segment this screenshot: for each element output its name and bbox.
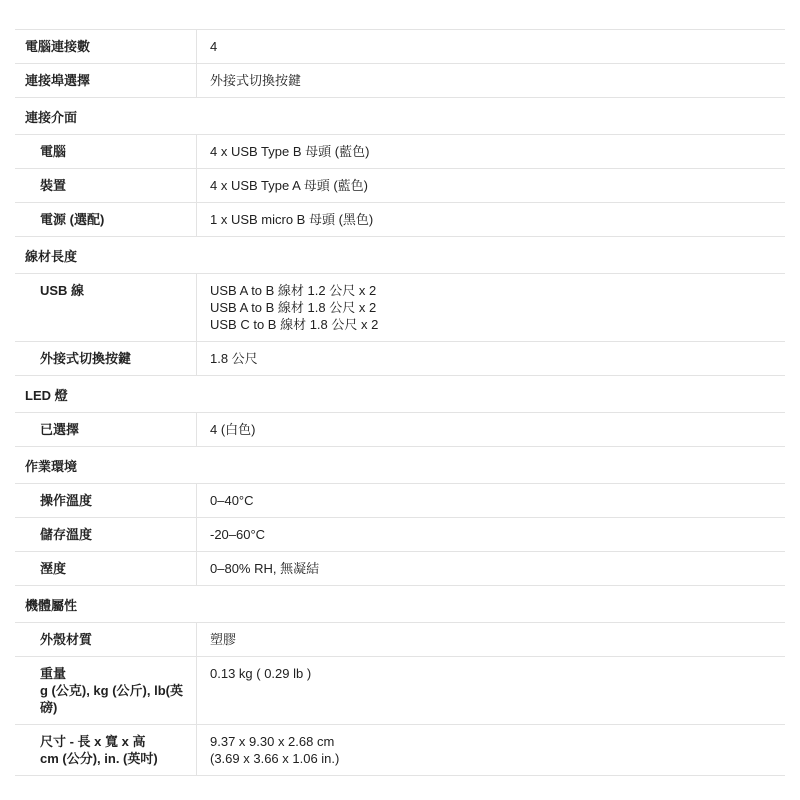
table-row: 外殼材質 塑膠 — [15, 622, 785, 656]
table-row: 裝置 4 x USB Type A 母頭 (藍色) — [15, 168, 785, 202]
spec-label-cell: USB 線 — [15, 274, 196, 341]
spec-label: 外接式切換按鍵 — [40, 350, 188, 367]
spec-label: 儲存溫度 — [40, 526, 188, 543]
table-row: 外接式切換按鍵 1.8 公尺 — [15, 341, 785, 375]
spec-value-cell: 外接式切換按鍵 — [196, 64, 785, 97]
spec-label: 已選擇 — [40, 421, 188, 438]
spec-value: 4 — [210, 38, 775, 55]
spec-value: 4 (白色) — [210, 421, 775, 438]
table-row: 電源 (選配) 1 x USB micro B 母頭 (黑色) — [15, 202, 785, 236]
spec-value: 0–80% RH, 無凝結 — [210, 560, 775, 577]
table-row: USB 線 USB A to B 線材 1.2 公尺 x 2 USB A to … — [15, 273, 785, 341]
spec-value: 1.8 公尺 — [210, 350, 775, 367]
section-header-row: 連接介面 — [15, 97, 785, 134]
spec-value: 外接式切換按鍵 — [210, 72, 775, 89]
spec-value-cell: 4 x USB Type B 母頭 (藍色) — [196, 135, 785, 168]
spec-value-cell: 0–40°C — [196, 484, 785, 517]
spec-label: USB 線 — [40, 282, 188, 299]
spec-label-cell: 電腦連接數 — [15, 30, 196, 63]
spec-value: 4 x USB Type A 母頭 (藍色) — [210, 177, 775, 194]
spec-value: 塑膠 — [210, 631, 775, 648]
spec-value-cell: USB A to B 線材 1.2 公尺 x 2 USB A to B 線材 1… — [196, 274, 785, 341]
section-title: 機體屬性 — [25, 598, 77, 613]
table-row: 儲存溫度 -20–60°C — [15, 517, 785, 551]
spec-value-cell: 9.37 x 9.30 x 2.68 cm (3.69 x 3.66 x 1.0… — [196, 725, 785, 775]
spec-value: 4 x USB Type B 母頭 (藍色) — [210, 143, 775, 160]
spec-label-cell: 儲存溫度 — [15, 518, 196, 551]
table-row: 已選擇 4 (白色) — [15, 412, 785, 446]
spec-value: USB A to B 線材 1.8 公尺 x 2 — [210, 299, 775, 316]
spec-value-cell: 塑膠 — [196, 623, 785, 656]
spec-value-cell: 4 — [196, 30, 785, 63]
spec-label-cell: 連接埠選擇 — [15, 64, 196, 97]
spec-label: 尺寸 - 長 x 寬 x 高 — [40, 733, 188, 750]
spec-label-unit: g (公克), kg (公斤), lb(英磅) — [40, 682, 188, 716]
section-title: 線材長度 — [25, 249, 77, 264]
spec-label-cell: 操作溫度 — [15, 484, 196, 517]
spec-label: 電腦 — [40, 143, 188, 160]
section-header-row: 作業環境 — [15, 446, 785, 483]
spec-value: 1 x USB micro B 母頭 (黑色) — [210, 211, 775, 228]
spec-value-cell: 1 x USB micro B 母頭 (黑色) — [196, 203, 785, 236]
spec-label-cell: 外殼材質 — [15, 623, 196, 656]
spec-label-cell: 溼度 — [15, 552, 196, 585]
spec-label: 連接埠選擇 — [25, 72, 188, 89]
spec-label-cell: 尺寸 - 長 x 寬 x 高 cm (公分), in. (英吋) — [15, 725, 196, 775]
spec-value-cell: -20–60°C — [196, 518, 785, 551]
spec-value-cell: 0.13 kg ( 0.29 lb ) — [196, 657, 785, 724]
spec-table: 電腦連接數 4 連接埠選擇 外接式切換按鍵 連接介面 電腦 4 x USB Ty… — [15, 29, 785, 776]
spec-label: 重量 — [40, 665, 188, 682]
section-title: 連接介面 — [25, 110, 77, 125]
spec-label: 溼度 — [40, 560, 188, 577]
section-header-row: 線材長度 — [15, 236, 785, 273]
spec-label: 裝置 — [40, 177, 188, 194]
table-row: 連接埠選擇 外接式切換按鍵 — [15, 63, 785, 97]
table-row: 操作溫度 0–40°C — [15, 483, 785, 517]
spec-label-cell: 電源 (選配) — [15, 203, 196, 236]
table-row: 重量 g (公克), kg (公斤), lb(英磅) 0.13 kg ( 0.2… — [15, 656, 785, 724]
section-header-row: LED 燈 — [15, 375, 785, 412]
spec-value-cell: 4 (白色) — [196, 413, 785, 446]
spec-label: 外殼材質 — [40, 631, 188, 648]
table-row: 電腦 4 x USB Type B 母頭 (藍色) — [15, 134, 785, 168]
spec-label: 電腦連接數 — [25, 38, 188, 55]
spec-label: 電源 (選配) — [40, 211, 188, 228]
table-row: 電腦連接數 4 — [15, 29, 785, 63]
spec-label-cell: 電腦 — [15, 135, 196, 168]
section-header-row: 機體屬性 — [15, 585, 785, 622]
spec-value: 0.13 kg ( 0.29 lb ) — [210, 665, 775, 682]
spec-label: 操作溫度 — [40, 492, 188, 509]
spec-label-cell: 裝置 — [15, 169, 196, 202]
spec-value: USB A to B 線材 1.2 公尺 x 2 — [210, 282, 775, 299]
spec-label-cell: 已選擇 — [15, 413, 196, 446]
spec-label-cell: 外接式切換按鍵 — [15, 342, 196, 375]
spec-value: -20–60°C — [210, 526, 775, 543]
spec-value: 9.37 x 9.30 x 2.68 cm — [210, 733, 775, 750]
spec-value-cell: 1.8 公尺 — [196, 342, 785, 375]
table-row: 尺寸 - 長 x 寬 x 高 cm (公分), in. (英吋) 9.37 x … — [15, 724, 785, 775]
spec-value: USB C to B 線材 1.8 公尺 x 2 — [210, 316, 775, 333]
spec-value: (3.69 x 3.66 x 1.06 in.) — [210, 750, 775, 767]
table-row: 溼度 0–80% RH, 無凝結 — [15, 551, 785, 585]
section-title: 作業環境 — [25, 459, 77, 474]
spec-label-cell: 重量 g (公克), kg (公斤), lb(英磅) — [15, 657, 196, 724]
section-title: LED 燈 — [25, 388, 68, 403]
spec-label-unit: cm (公分), in. (英吋) — [40, 750, 188, 767]
spec-value-cell: 0–80% RH, 無凝結 — [196, 552, 785, 585]
spec-value: 0–40°C — [210, 492, 775, 509]
spec-value-cell: 4 x USB Type A 母頭 (藍色) — [196, 169, 785, 202]
